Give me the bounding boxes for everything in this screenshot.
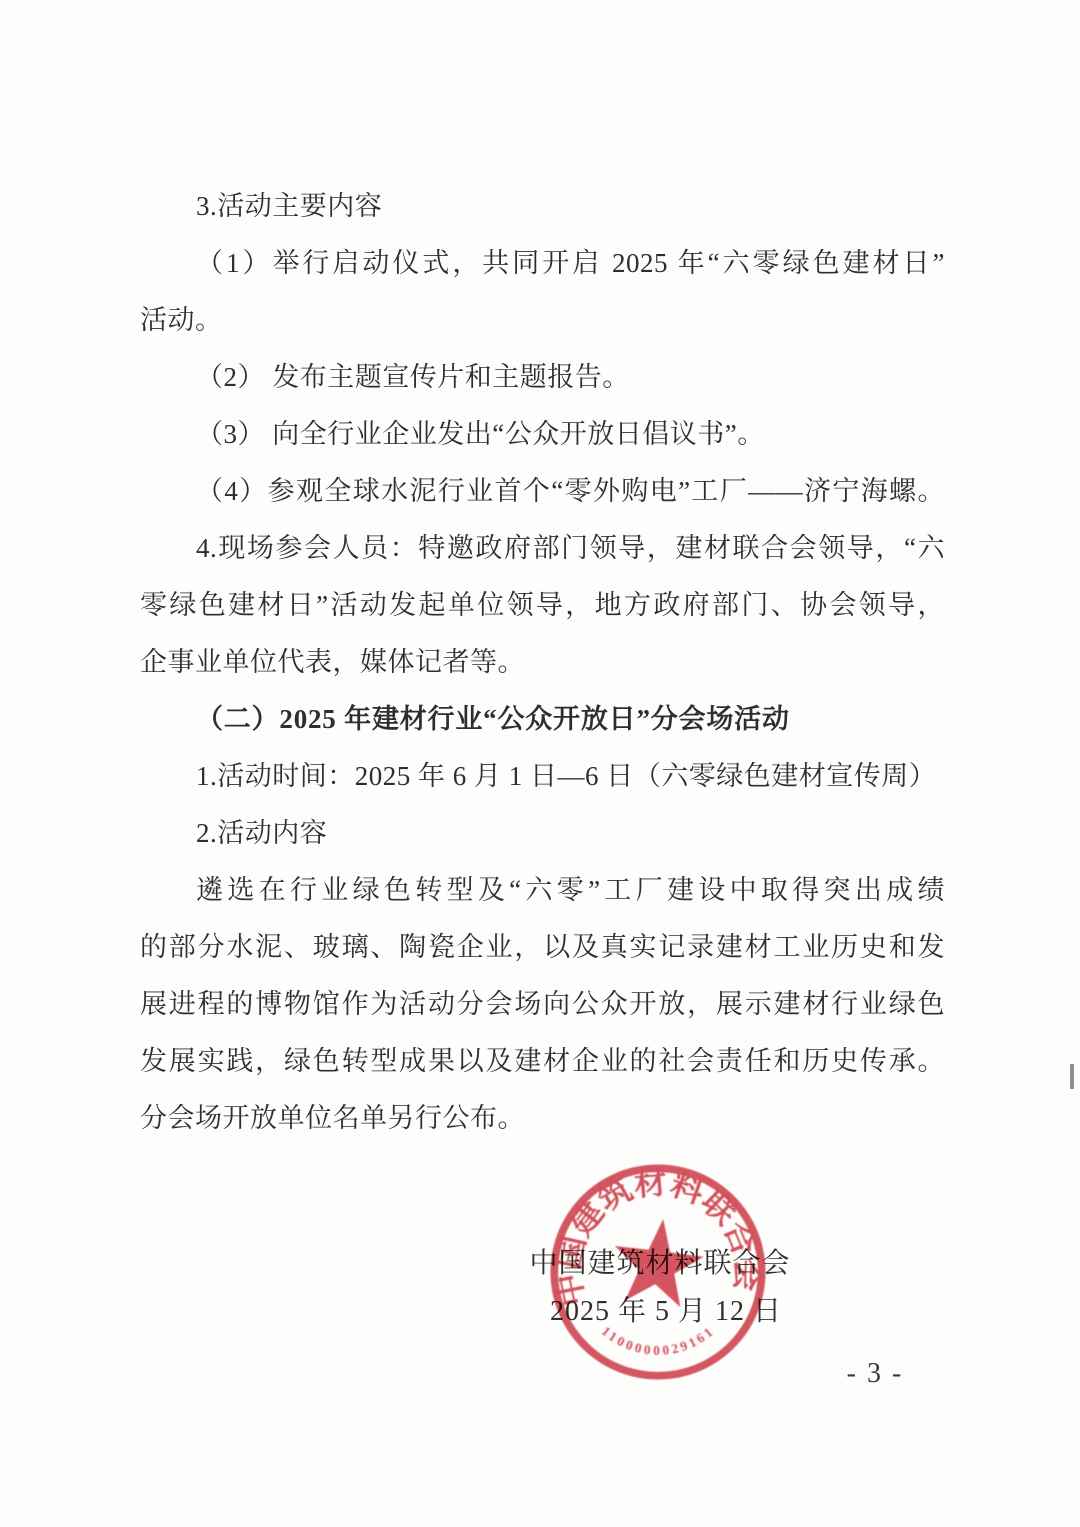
seal-serial-number: 1100000029161 bbox=[598, 1314, 719, 1363]
document-line: 1.活动时间：2025 年 6 月 1 日—6 日（六零绿色建材宣传周） bbox=[140, 748, 945, 805]
document-line: （2） 发布主题宣传片和主题报告。 bbox=[140, 349, 945, 406]
document-body: 3.活动主要内容 （1）举行启动仪式，共同开启 2025 年“六零绿色建材日” … bbox=[140, 178, 945, 1147]
document-line: 的部分水泥、玻璃、陶瓷企业，以及真实记录建材工业历史和发 bbox=[140, 919, 945, 976]
official-seal: 中国建筑材料联合会 1100000029161 bbox=[533, 1146, 782, 1397]
document-line: 企事业单位代表，媒体记者等。 bbox=[140, 634, 945, 691]
document-page: 3.活动主要内容 （1）举行启动仪式，共同开启 2025 年“六零绿色建材日” … bbox=[0, 0, 1080, 1527]
document-line: 分会场开放单位名单另行公布。 bbox=[140, 1090, 945, 1147]
document-line: （3） 向全行业企业发出“公众开放日倡议书”。 bbox=[140, 406, 945, 463]
document-line: 遴选在行业绿色转型及“六零”工厂建设中取得突出成绩 bbox=[140, 862, 945, 919]
seal-ring-text: 中国建筑材料联合会 bbox=[543, 1158, 766, 1310]
document-line: 3.活动主要内容 bbox=[140, 178, 945, 235]
page-number: - 3 - bbox=[820, 1358, 930, 1390]
document-line: 展进程的博物馆作为活动分会场向公众开放，展示建材行业绿色 bbox=[140, 976, 945, 1033]
document-line: （1）举行启动仪式，共同开启 2025 年“六零绿色建材日” bbox=[140, 235, 945, 292]
document-line: 活动。 bbox=[140, 292, 945, 349]
document-line: 2.活动内容 bbox=[140, 805, 945, 862]
document-line: （二）2025 年建材行业“公众开放日”分会场活动 bbox=[140, 691, 945, 748]
seal-star-icon bbox=[613, 1216, 708, 1313]
document-line: 4.现场参会人员：特邀政府部门领导，建材联合会领导，“六 bbox=[140, 520, 945, 577]
document-line: 发展实践，绿色转型成果以及建材企业的社会责任和历史传承。 bbox=[140, 1033, 945, 1090]
document-line: 零绿色建材日”活动发起单位领导，地方政府部门、协会领导， bbox=[140, 577, 945, 634]
scan-edge-mark bbox=[1070, 1064, 1074, 1089]
document-line: （4）参观全球水泥行业首个“零外购电”工厂——济宁海螺。 bbox=[140, 463, 945, 520]
